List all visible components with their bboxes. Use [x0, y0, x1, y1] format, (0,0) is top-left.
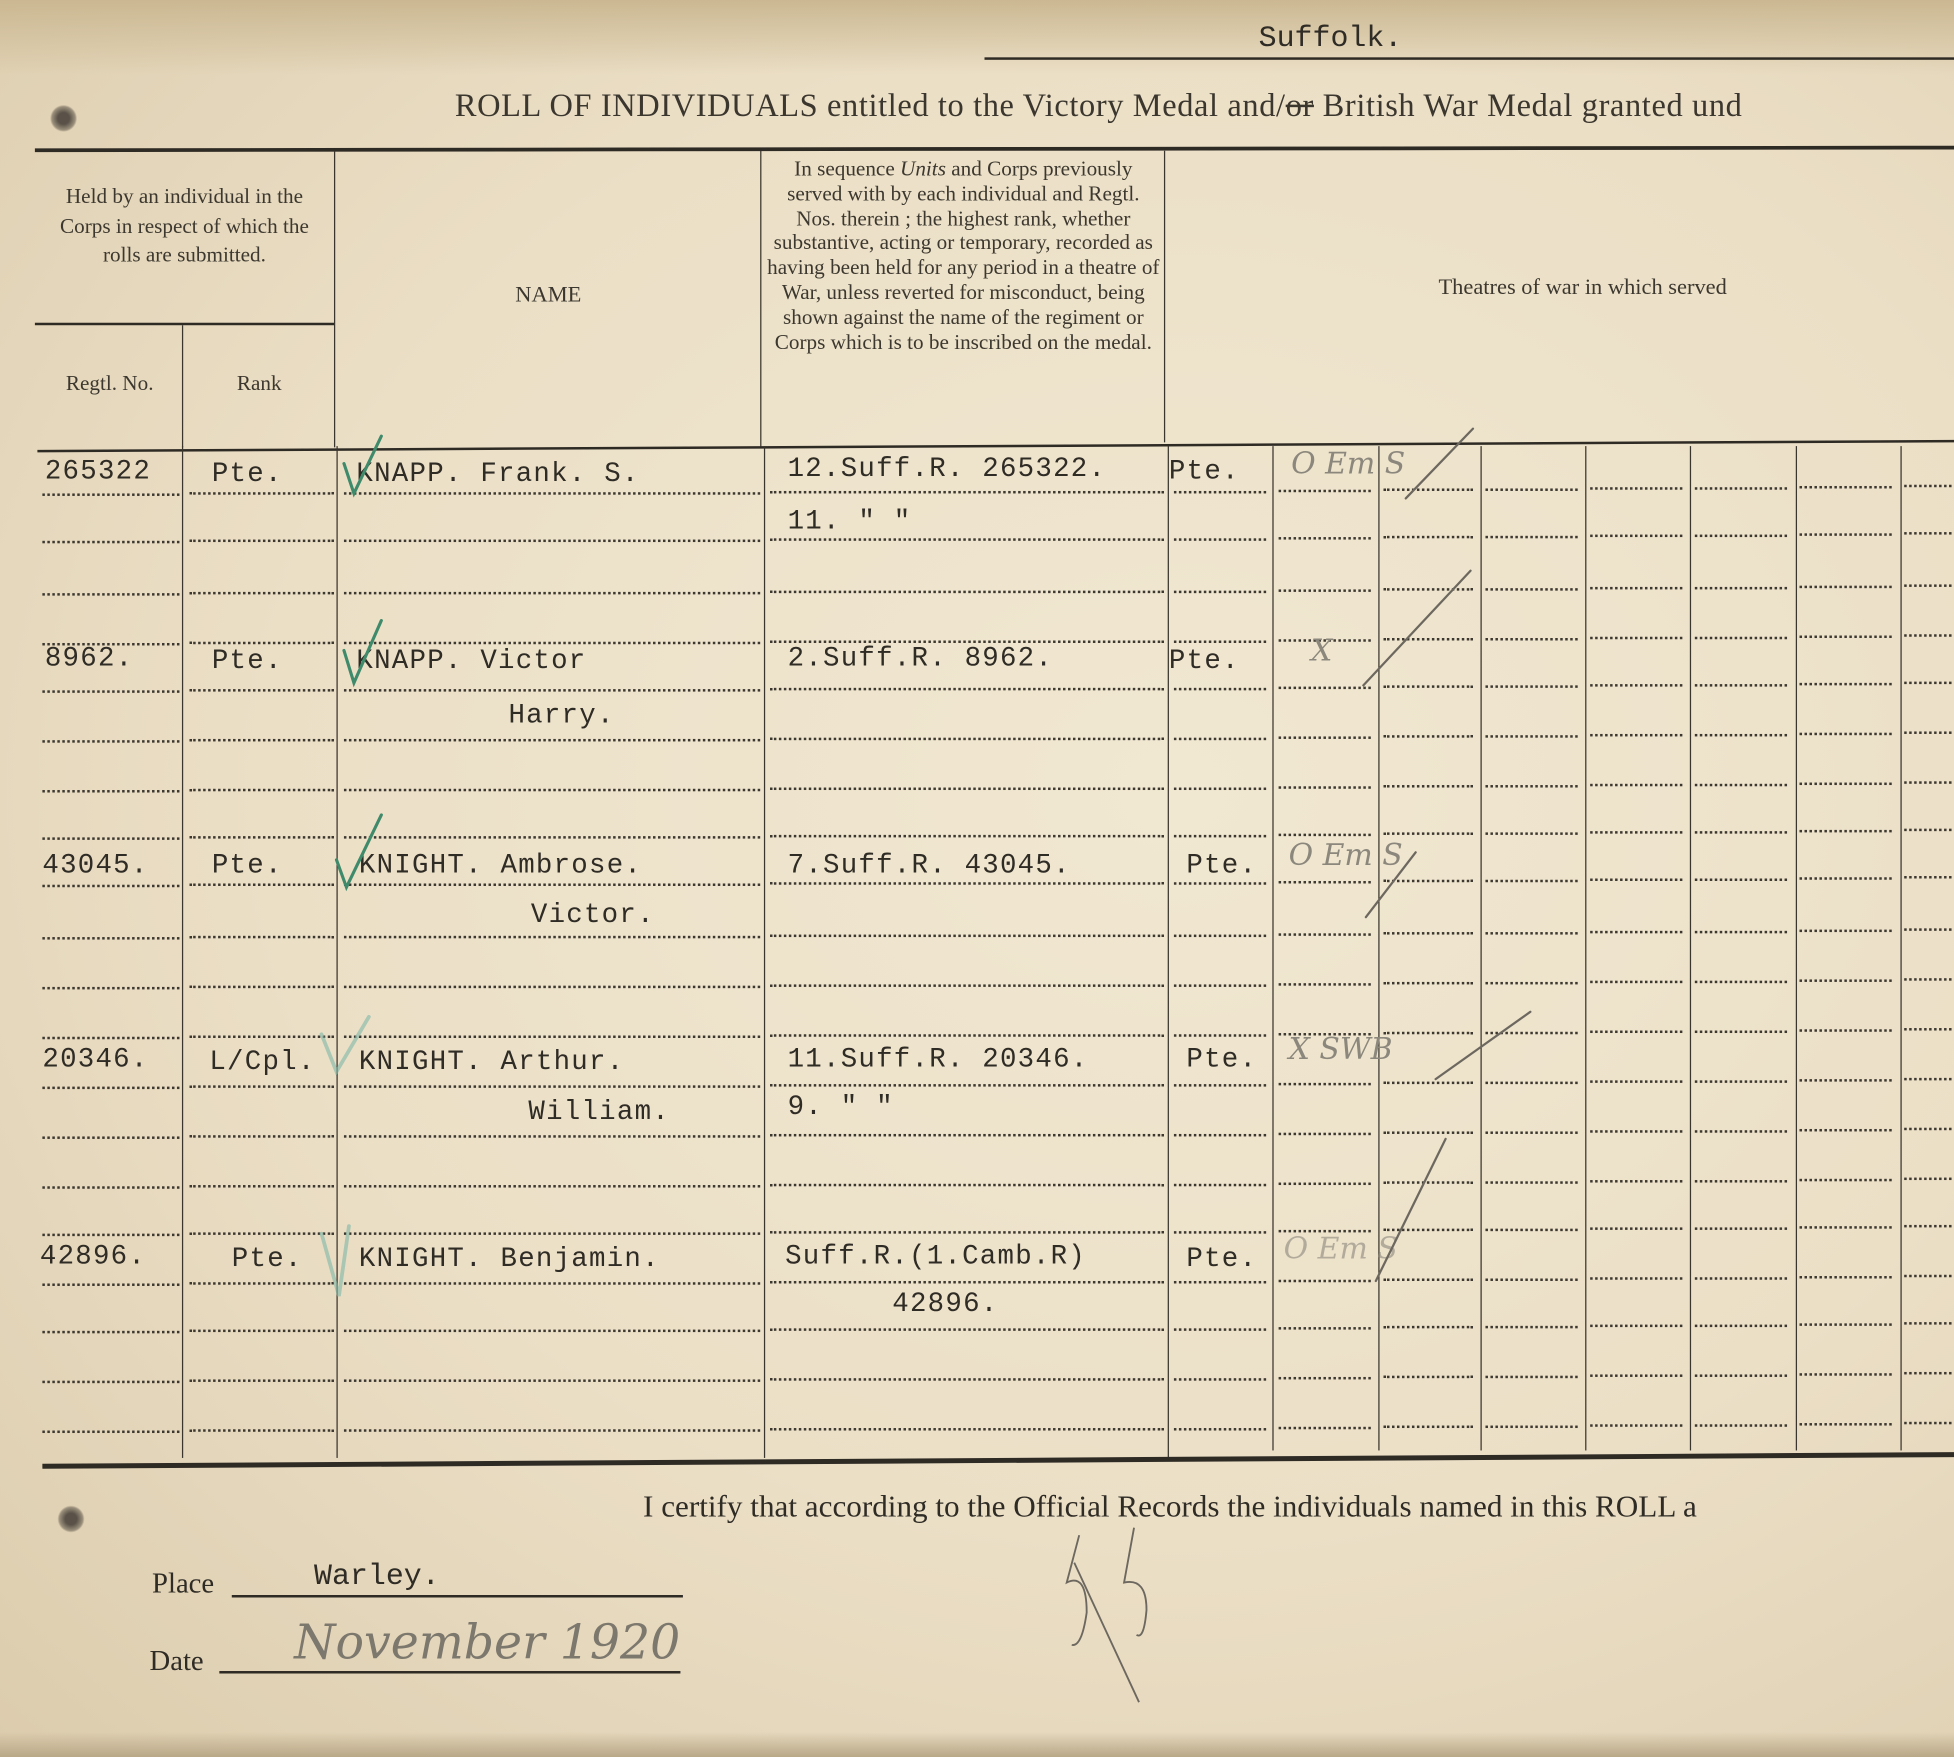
medal-roll-page: Suffolk. ROLL OF INDIVIDUALS entitled to…: [0, 0, 1954, 1757]
date-underline: [219, 1671, 680, 1673]
faded-tick-icon: [322, 1017, 369, 1296]
pencil-tick-icon: [1363, 429, 1530, 1281]
green-tick-icon: [336, 436, 381, 887]
date-label: Date: [150, 1645, 204, 1677]
date-value: November 1920: [294, 1615, 680, 1670]
place-value: Warley.: [314, 1560, 440, 1594]
certification-text: I certify that according to the Official…: [643, 1490, 1697, 1525]
place-underline: [232, 1595, 683, 1597]
place-label: Place: [152, 1568, 214, 1600]
margin-mark-icon: [1067, 1528, 1147, 1702]
